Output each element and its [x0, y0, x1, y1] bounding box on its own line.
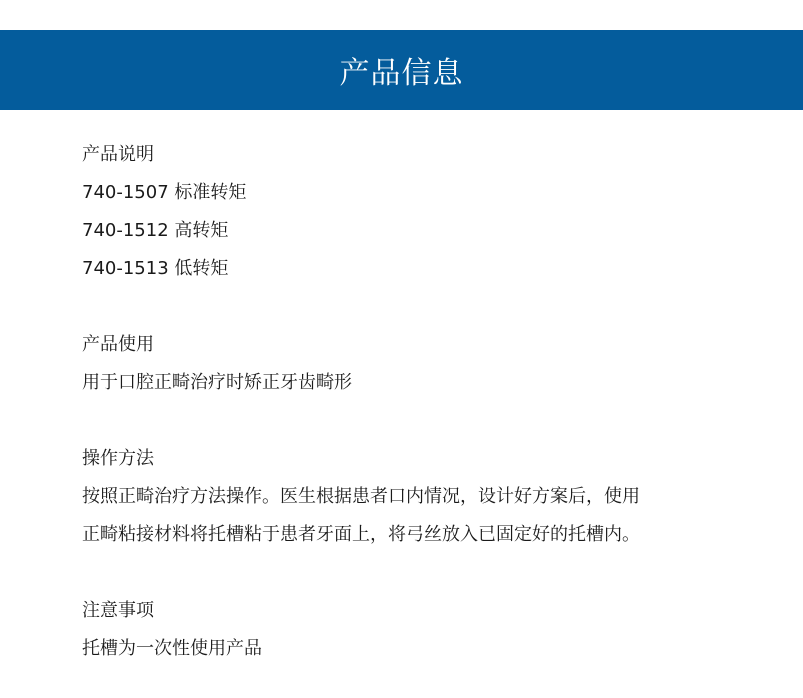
section-heading: 操作方法: [82, 440, 762, 478]
section-operation-method: 操作方法 按照正畸治疗方法操作。医生根据患者口内情况，设计好方案后，使用 正畸粘…: [82, 440, 762, 554]
header-banner: 产品信息: [0, 30, 803, 110]
section-heading: 产品说明: [82, 136, 762, 174]
section-precautions: 注意事项 托槽为一次性使用产品: [82, 592, 762, 668]
section-heading: 产品使用: [82, 326, 762, 364]
product-item: 740-1512 高转矩: [82, 212, 762, 250]
section-product-description: 产品说明 740-1507 标准转矩 740-1512 高转矩 740-1513…: [82, 136, 762, 288]
section-text: 用于口腔正畸治疗时矫正牙齿畸形: [82, 364, 762, 402]
section-product-usage: 产品使用 用于口腔正畸治疗时矫正牙齿畸形: [82, 326, 762, 402]
section-text: 托槽为一次性使用产品: [82, 630, 762, 668]
product-item: 740-1507 标准转矩: [82, 174, 762, 212]
spacer: [82, 554, 762, 592]
section-heading: 注意事项: [82, 592, 762, 630]
product-item: 740-1513 低转矩: [82, 250, 762, 288]
page-title: 产品信息: [340, 48, 464, 92]
product-info-content: 产品说明 740-1507 标准转矩 740-1512 高转矩 740-1513…: [82, 136, 762, 668]
section-text: 按照正畸治疗方法操作。医生根据患者口内情况，设计好方案后，使用: [82, 478, 762, 516]
section-text: 正畸粘接材料将托槽粘于患者牙面上，将弓丝放入已固定好的托槽内。: [82, 516, 762, 554]
spacer: [82, 402, 762, 440]
spacer: [82, 288, 762, 326]
